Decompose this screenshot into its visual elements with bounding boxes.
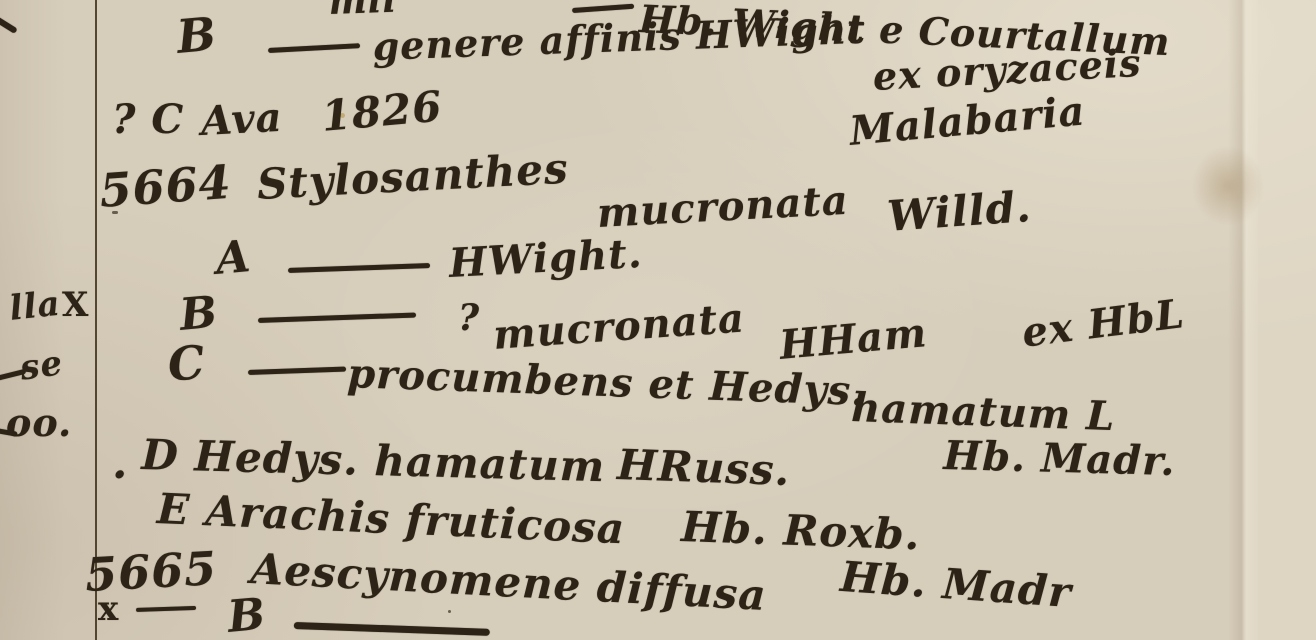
row-e-species: E Arachis fruticosa [156, 488, 626, 550]
ditto-dash [572, 4, 634, 13]
herbarium-madras-2: Hb. Madr [839, 556, 1073, 614]
edge-ink-mark [0, 14, 18, 34]
clipped-word-fragment: mil [328, 0, 398, 20]
bottom-row-b-letter: B [226, 593, 268, 640]
ruled-margin-line [95, 0, 97, 640]
genus-stylosanthes: Stylosanthes [256, 148, 570, 206]
row-b-species: mucronata [492, 298, 746, 355]
ink-stain [1192, 146, 1264, 226]
margin-word-fragment: oo. [6, 404, 72, 442]
entry-number-5664: 5664 [98, 159, 233, 214]
genere-affinis-note: genere affinis HWight [372, 11, 867, 66]
query-letter-c: ? C [112, 100, 184, 140]
row-b-top-letter: B [175, 11, 219, 60]
locality-malabaria: Malabaria [848, 91, 1087, 151]
row-b-letter: B [178, 291, 220, 338]
ditto-dash [294, 622, 490, 636]
row-a-herbarium: HWight. [448, 234, 643, 284]
row-e-herbarium-roxburgh: Hb. Roxb. [681, 506, 922, 556]
manuscript-page: lla X se oo. mil Hb. Wight e Courtallum … [0, 0, 1316, 640]
row-d-dot: . [112, 442, 128, 486]
margin-word-fragment: lla [8, 287, 62, 326]
row-d-herbarium-madras: Hb. Madr. [943, 436, 1176, 482]
row-b-ex-herbarium: ex HbL [1020, 294, 1187, 354]
row-b-query-mark: ? [458, 300, 480, 336]
row-a-letter: A [214, 235, 253, 282]
bottom-x-mark: x [98, 592, 119, 626]
ditto-dash [136, 606, 196, 612]
row-d-species: D Hedys. hamatum [141, 434, 606, 488]
ditto-dash [288, 263, 430, 273]
genus-aeschynomene: Aescynomene diffusa [250, 548, 768, 617]
locality-ava: Ava [200, 98, 284, 142]
paper-edge-highlight [1246, 0, 1316, 640]
row-c-letter: C [166, 339, 207, 388]
row-d-russell: HRuss. [617, 444, 791, 492]
authority-willd: Willd. [886, 186, 1033, 238]
species-mucronata: mucronata [596, 181, 850, 234]
row-c-continuation: hamatum L [851, 388, 1116, 437]
margin-word-fragment: se [18, 346, 65, 386]
ditto-dash [268, 43, 360, 53]
margin-x-mark: X [62, 288, 89, 322]
ditto-dash [248, 367, 346, 375]
ink-speck [448, 610, 451, 613]
row-b-hamilton: HHam [778, 313, 929, 366]
ex-oryzaceis-note: ex oryzaceis [872, 44, 1142, 96]
ditto-dash [258, 312, 416, 323]
year-1826: 1826 [320, 85, 444, 137]
